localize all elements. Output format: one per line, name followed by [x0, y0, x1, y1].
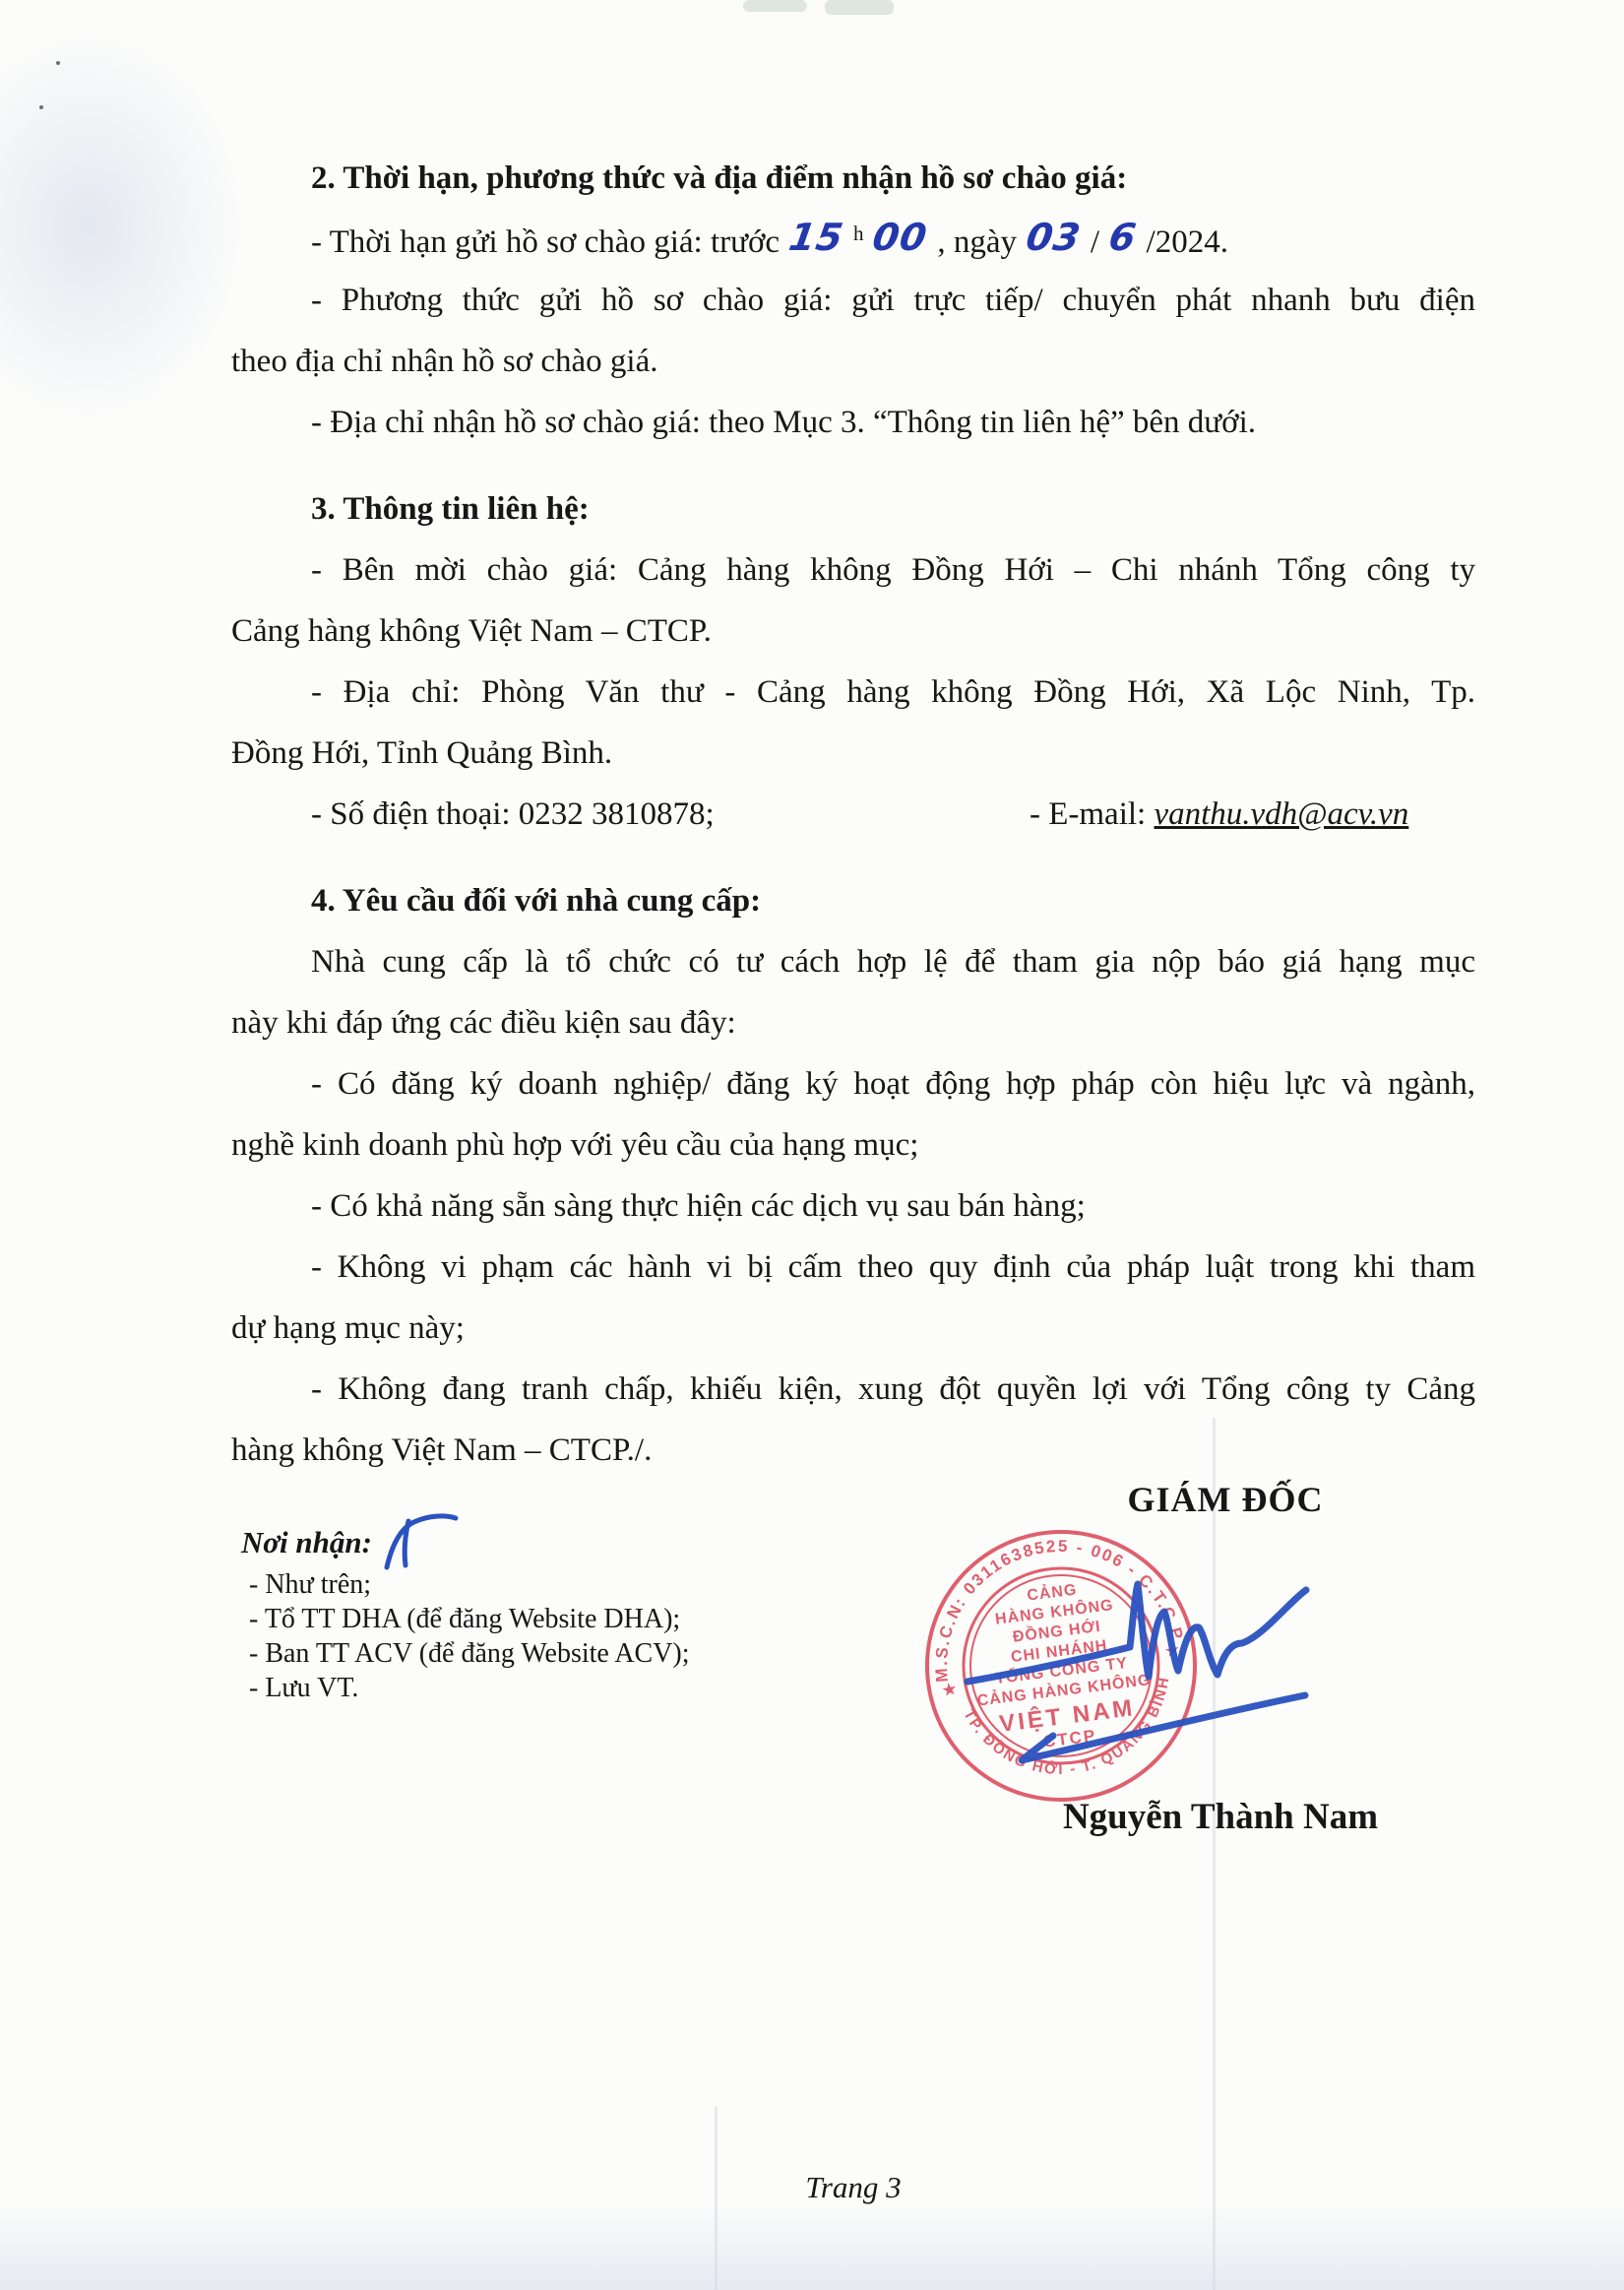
- text-line: Đồng Hới, Tỉnh Quảng Bình.: [231, 723, 1475, 784]
- section3-heading: 3. Thông tin liên hệ:: [231, 478, 1475, 540]
- text-line: nghề kinh doanh phù hợp với yêu cầu của …: [231, 1114, 1475, 1176]
- scan-speck: [56, 61, 60, 65]
- email-address: vanthu.vdh@acv.vn: [1154, 796, 1408, 832]
- section4-heading: 4. Yêu cầu đối với nhà cung cấp:: [231, 870, 1475, 931]
- text-line: - Bên mời chào giá: Cảng hàng không Đồng…: [231, 540, 1475, 601]
- tick-stem: [405, 1521, 408, 1565]
- scan-shadow: [0, 2201, 1624, 2290]
- director-name: Nguyễn Thành Nam: [1038, 1796, 1403, 1838]
- tick-stroke: [387, 1516, 456, 1567]
- text-line: hàng không Việt Nam – CTCP./.: [231, 1420, 1475, 1481]
- recipients-list: - Như trên;- Tổ TT DHA (để đăng Website …: [249, 1567, 690, 1705]
- text-line: dự hạng mục này;: [231, 1298, 1475, 1359]
- text-line: Cảng hàng không Việt Nam – CTCP.: [231, 601, 1475, 662]
- email-block: - E-mail: vanthu.vdh@acv.vn: [1030, 784, 1408, 845]
- deadline-line: - Thời hạn gửi hồ sơ chào giá: trước15h0…: [231, 209, 1475, 270]
- document-body: 2. Thời hạn, phương thức và địa điểm nhậ…: [231, 148, 1475, 1481]
- recipient-line: - Như trên;: [249, 1567, 690, 1602]
- section2-paragraphs: - Phương thức gửi hồ sơ chào giá: gửi tr…: [231, 270, 1475, 453]
- handwritten-day: 03: [1022, 207, 1086, 268]
- text-line: - Không đang tranh chấp, khiếu kiện, xun…: [231, 1359, 1475, 1420]
- text-line: - Phương thức gửi hồ sơ chào giá: gửi tr…: [231, 270, 1475, 331]
- handwritten-month: 6: [1104, 207, 1141, 268]
- section3-paragraphs: - Bên mời chào giá: Cảng hàng không Đồng…: [231, 540, 1475, 784]
- text-line: - Không vi phạm các hành vi bị cấm theo …: [231, 1237, 1475, 1298]
- text-line: theo địa chỉ nhận hồ sơ chào giá.: [231, 331, 1475, 392]
- section4-paragraphs: Nhà cung cấp là tổ chức có tư cách hợp l…: [231, 931, 1475, 1481]
- handwritten-hour: 15: [784, 207, 848, 268]
- text-line: này khi đáp ứng các điều kiện sau đây:: [231, 992, 1475, 1053]
- text-line: - Có khả năng sẵn sàng thực hiện các dịc…: [231, 1176, 1475, 1237]
- phone-number: - Số điện thoại: 0232 3810878;: [311, 796, 715, 832]
- signature-stroke-top: [968, 1584, 1306, 1682]
- signature-stroke-bottom: [1022, 1695, 1305, 1760]
- deadline-mid: , ngày: [937, 224, 1017, 260]
- scan-speck: [39, 105, 43, 109]
- director-signature: [866, 1541, 1329, 1782]
- director-title: GIÁM ĐỐC: [1107, 1479, 1343, 1520]
- handwritten-minute: 00: [869, 207, 933, 268]
- hour-superscript: h: [853, 222, 864, 245]
- deadline-separator: /: [1091, 224, 1099, 260]
- recipient-line: - Tổ TT DHA (để đăng Website DHA);: [249, 1602, 690, 1636]
- text-line: - Có đăng ký doanh nghiệp/ đăng ký hoạt …: [231, 1053, 1475, 1114]
- recipient-line: - Ban TT ACV (để đăng Website ACV);: [249, 1636, 690, 1671]
- scan-smudge: [743, 0, 807, 12]
- deadline-prefix: - Thời hạn gửi hồ sơ chào giá: trước: [311, 224, 780, 260]
- recipients-label: Nơi nhận:: [241, 1525, 372, 1560]
- text-line: Nhà cung cấp là tổ chức có tư cách hợp l…: [231, 931, 1475, 992]
- recipient-line: - Lưu VT.: [249, 1671, 690, 1705]
- text-line: - Địa chỉ: Phòng Văn thư - Cảng hàng khô…: [231, 662, 1475, 723]
- page-number: Trang 3: [231, 2170, 1475, 2205]
- scan-smudge: [825, 0, 894, 15]
- email-label: - E-mail:: [1030, 796, 1154, 832]
- scan-smudge: [0, 30, 246, 423]
- scanned-document-page: { "colors": { "ink_blue": "#2438ae", "si…: [0, 0, 1624, 2290]
- section2-heading: 2. Thời hạn, phương thức và địa điểm nhậ…: [231, 148, 1475, 209]
- deadline-suffix: /2024.: [1147, 224, 1228, 260]
- contact-line: - Số điện thoại: 0232 3810878; - E-mail:…: [231, 784, 1475, 845]
- text-line: - Địa chỉ nhận hồ sơ chào giá: theo Mục …: [231, 392, 1475, 453]
